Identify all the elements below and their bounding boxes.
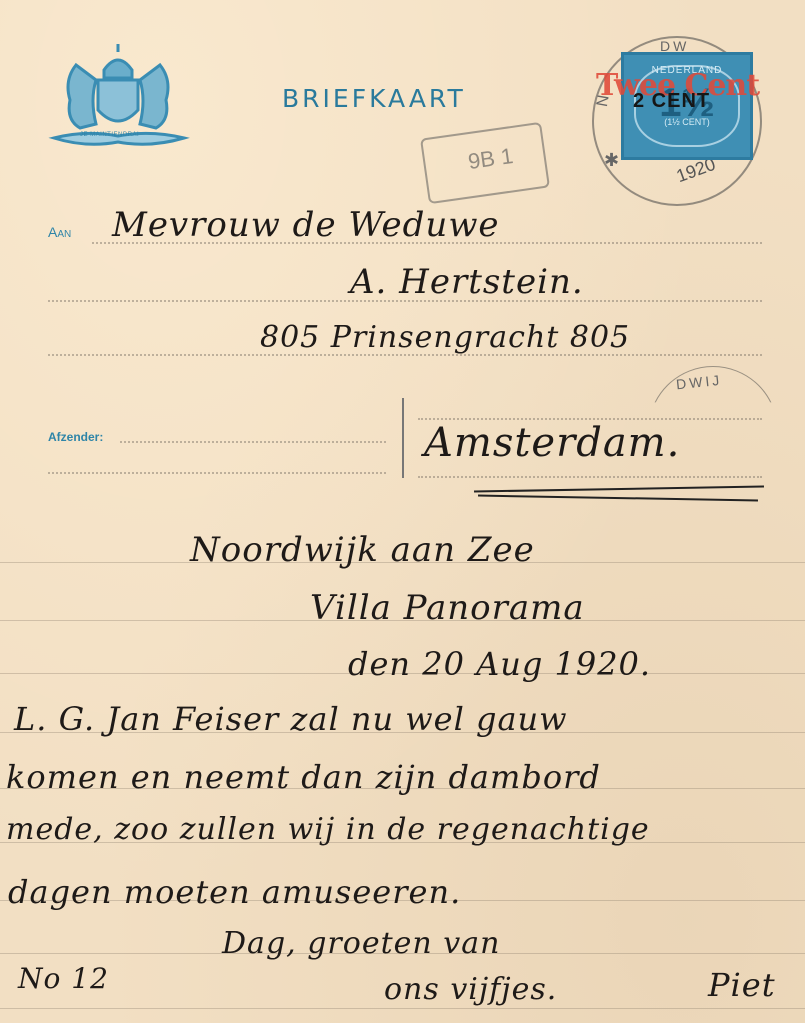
- sender-line-2-rule: [48, 472, 386, 474]
- message-closing-2: ons vijfjes.: [384, 972, 557, 1007]
- message-date: den 20 Aug 1920.: [348, 645, 651, 683]
- address-line-1: Mevrouw de Weduwe: [112, 205, 500, 245]
- address-city: Amsterdam.: [424, 420, 680, 466]
- city-underline: [474, 485, 764, 492]
- message-number-note: No 12: [18, 962, 109, 995]
- address-line-2: A. Hertstein.: [350, 262, 584, 302]
- message-body-line: mede, zoo zullen wij in de regenachtige: [6, 812, 650, 847]
- message-rule: [0, 1008, 805, 1009]
- address-line-3: 805 Prinsengracht 805: [260, 320, 630, 355]
- stamp-face-value: (1½ CENT): [624, 117, 750, 127]
- message-signature: Piet: [708, 966, 776, 1004]
- message-body-line: komen en neemt dan zijn dambord: [6, 758, 601, 796]
- coat-of-arms-motto: JE MAINTIENDRAI: [80, 132, 139, 138]
- message-villa: Villa Panorama: [310, 588, 585, 628]
- address-label: Aan: [48, 224, 71, 240]
- message-body-line: dagen moeten amuseeren.: [8, 873, 461, 911]
- message-closing: Dag, groeten van: [222, 926, 500, 961]
- message-body-line: L. G. Jan Feiser zal nu wel gauw: [14, 700, 568, 738]
- message-place: Noordwijk aan Zee: [190, 530, 535, 570]
- card-title: BRIEFKAART: [282, 84, 466, 113]
- stamp-overprint-black: 2 CENT: [633, 90, 710, 113]
- sender-line-1-rule: [120, 441, 386, 443]
- sender-label: Afzender:: [48, 430, 103, 444]
- city-underline-2: [478, 495, 758, 502]
- postmark-star-icon: ✱: [604, 150, 619, 171]
- sender-divider: [402, 398, 404, 478]
- city-lower-rule: [418, 476, 762, 478]
